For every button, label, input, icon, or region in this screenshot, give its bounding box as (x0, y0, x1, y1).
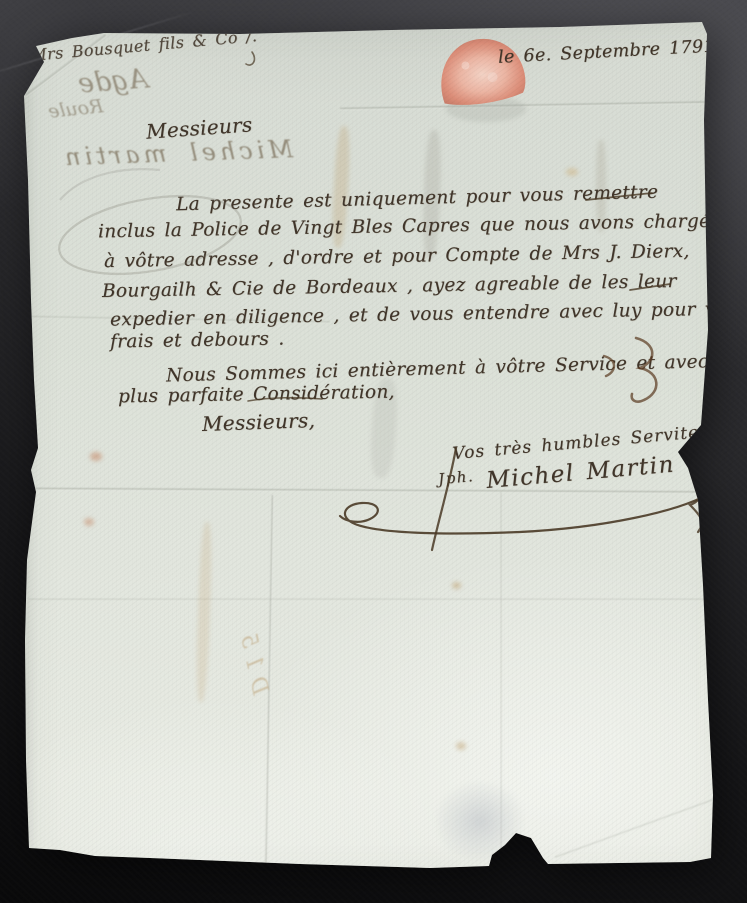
body-line: expedier en diligence , et de vous enten… (110, 299, 737, 331)
rust-spot (84, 518, 94, 526)
bleedthrough-text-roule: Roule (47, 95, 104, 123)
rust-spot (566, 168, 578, 176)
signature-prefix: Jph. (437, 467, 474, 488)
rust-spot (452, 582, 461, 589)
bleedthrough-text-agde: Agde (77, 64, 149, 100)
annotation-merchant-name: Mrs Bousquet fils & Co /. (30, 26, 258, 65)
seal-ghost-mark (434, 780, 526, 862)
fold-crease-top (340, 101, 712, 110)
rust-spot (90, 452, 102, 461)
body-line: plus parfaite Considération, (118, 382, 395, 408)
closing: Messieurs, (202, 408, 316, 436)
fold-crease-middle (28, 487, 712, 494)
body-line: Nous Sommes ici entièrement à vôtre Serv… (166, 351, 736, 387)
date-line: le 6e. Septembre 1791. (498, 36, 722, 68)
body-line: inclus la Police de Vingt Bles Capres qu… (98, 211, 720, 243)
body-line: à vôtre adresse , d'ordre et pour Compte… (104, 241, 690, 272)
body-line: La presente est uniquement pour vous rem… (176, 182, 659, 216)
paper-sheet: Mrs Bousquet fils & Co /. le 6e. Septemb… (0, 0, 747, 903)
letter-photo: Mrs Bousquet fils & Co /. le 6e. Septemb… (0, 0, 747, 903)
fold-crease-bottom-right (554, 799, 713, 859)
body-line: Bourgailh & Cie de Bordeaux , ayez agrea… (102, 271, 677, 302)
fold-crease-lower (28, 598, 708, 601)
bleedthrough-text-d15: D15 (233, 624, 272, 697)
rust-spot (456, 742, 466, 750)
bleed-streak (195, 522, 213, 702)
paper-wrap: Mrs Bousquet fils & Co /. le 6e. Septemb… (0, 0, 747, 903)
body-line: frais et debours . (110, 328, 285, 352)
seal-smudge (446, 96, 526, 122)
